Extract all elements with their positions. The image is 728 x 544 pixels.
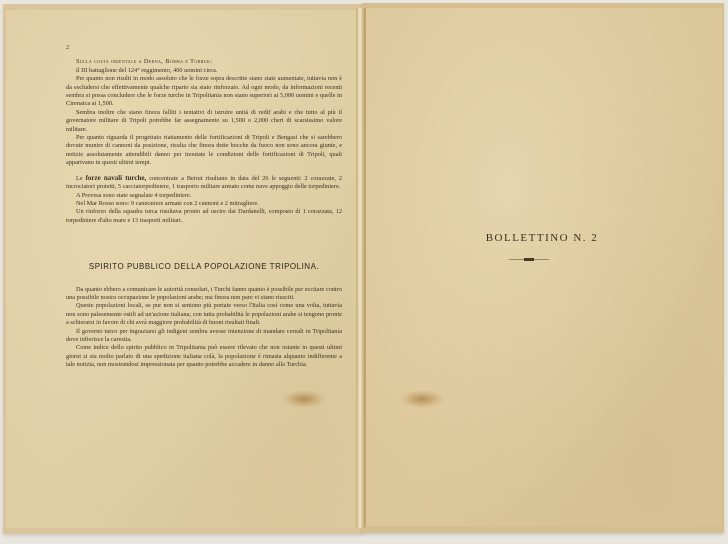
naval-line: A Prevesa sono state segnalate 4 torpedi… — [66, 192, 342, 200]
bulletin-title: BOLLETTINO N. 2 — [364, 232, 720, 244]
book-spine — [356, 8, 365, 528]
left-page-text: 2 Sulla costa orientale a Derna, Bomba e… — [66, 44, 342, 370]
section-paragraph: Il governo turco per ingraziarsi gli ind… — [66, 328, 342, 345]
location-heading: Sulla costa orientale a Derna, Bomba e T… — [66, 58, 342, 66]
naval-line: Nel Mar Rosso sono: 9 cannoniere armate … — [66, 200, 342, 208]
foxing-stain-left — [282, 390, 326, 408]
section-title: SPIRITO PUBBLICO DELLA POPOLAZIONE TRIPO… — [66, 263, 342, 271]
right-page — [364, 8, 722, 526]
naval-bold-phrase: forze navali turche, — [86, 174, 147, 182]
section-paragraph: Da quanto ebbero a comunicare le autorit… — [66, 286, 342, 303]
section-paragraph: Queste popolazioni locali, se pur non si… — [66, 302, 342, 327]
paragraph: Per quanto non risulti in modo assoluto … — [66, 75, 342, 109]
section-paragraph: Come indice dello spirito pubblico in Tr… — [66, 344, 342, 369]
naval-forces-paragraph: Le forze navali turche, concentrate a Be… — [66, 174, 342, 192]
paragraph: Per quanto riguarda il progettato riatta… — [66, 134, 342, 168]
naval-line: Un rinforzo della squadra turca risultav… — [66, 208, 342, 225]
document-scan: 2 Sulla costa orientale a Derna, Bomba e… — [0, 0, 728, 544]
foxing-stain-right — [400, 390, 444, 408]
naval-lead: Le — [76, 175, 83, 182]
location-detail: il III battaglione del 124° reggimento, … — [66, 67, 342, 75]
paragraph: Sembra inoltre che siano finora falliti … — [66, 109, 342, 134]
page-number: 2 — [66, 44, 342, 52]
title-rule-ornament — [524, 258, 534, 261]
